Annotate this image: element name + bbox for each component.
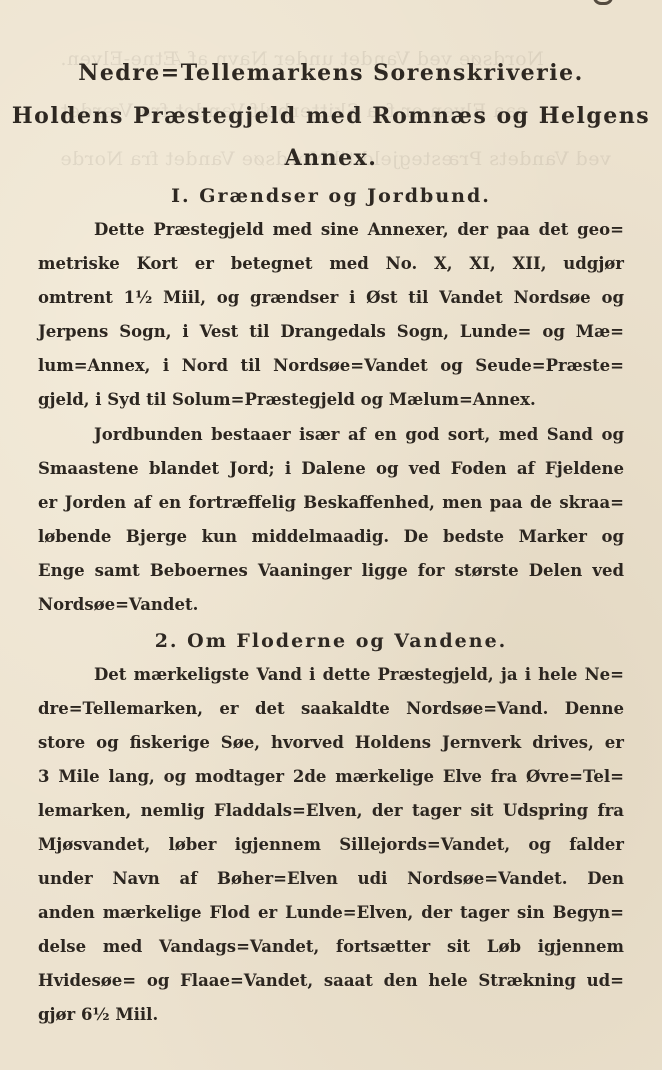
text-line: Jordbunden bestaaer især af en god sort,… <box>94 424 624 446</box>
text-line: anden mærkelige Flod er Lunde=Elven, der… <box>38 902 624 924</box>
text-line: Mjøsvandet, løber igjennem Sillejords=Va… <box>38 834 624 856</box>
parish-title-continued: Annex. <box>0 145 662 171</box>
text-line: Smaastene blandet Jord; i Dalene og ved … <box>38 458 624 480</box>
text-line: delse med Vandags=Vandet, fortsætter sit… <box>38 936 624 958</box>
text-line: gjør 6½ Miil. <box>38 1004 624 1026</box>
text-line: omtrent 1½ Miil, og grændser i Øst til V… <box>38 287 624 309</box>
section-heading-1: I. Grændser og Jordbund. <box>0 185 662 207</box>
text-line: under Navn af Bøher=Elven udi Nordsøe=Va… <box>38 868 624 890</box>
text-line: lum=Annex, i Nord til Nordsøe=Vandet og … <box>38 355 624 377</box>
text-line: Det mærkeligste Vand i dette Præstegjeld… <box>94 664 624 686</box>
text-line: store og fiskerige Søe, hvorved Holdens … <box>38 732 624 754</box>
text-line: Dette Præstegjeld med sine Annexer, der … <box>94 219 624 241</box>
text-line: Enge samt Beboernes Vaaninger ligge for … <box>38 560 624 582</box>
text-line: Hvidesøe= og Flaae=Vandet, saaat den hel… <box>38 970 624 992</box>
parish-title: Holdens Præstegjeld med Romnæs og Helgen… <box>0 103 662 129</box>
text-line: gjeld, i Syd til Solum=Præstegjeld og Mæ… <box>38 389 624 411</box>
text-line: Nordsøe=Vandet. <box>38 594 624 616</box>
section-heading-2: 2. Om Floderne og Vandene. <box>0 630 662 652</box>
text-line: Jerpens Sogn, i Vest til Drangedals Sogn… <box>38 321 624 343</box>
scanned-book-page: Nordsøe ved Vandet under Navn af Ætne-El… <box>0 0 662 1070</box>
text-line: dre=Tellemarken, er det saakaldte Nordsø… <box>38 698 624 720</box>
text-line: lemarken, nemlig Fladdals=Elven, der tag… <box>38 800 624 822</box>
text-line: 3 Mile lang, og modtager 2de mærkelige E… <box>38 766 624 788</box>
page-corner-mark <box>593 0 613 5</box>
text-line: metriske Kort er betegnet med No. X, XI,… <box>38 253 624 275</box>
district-title: Nedre=Tellemarkens Sorenskriverie. <box>0 60 662 86</box>
text-line: er Jorden af en fortræffelig Beskaffenhe… <box>38 492 624 514</box>
text-line: løbende Bjerge kun middelmaadig. De beds… <box>38 526 624 548</box>
